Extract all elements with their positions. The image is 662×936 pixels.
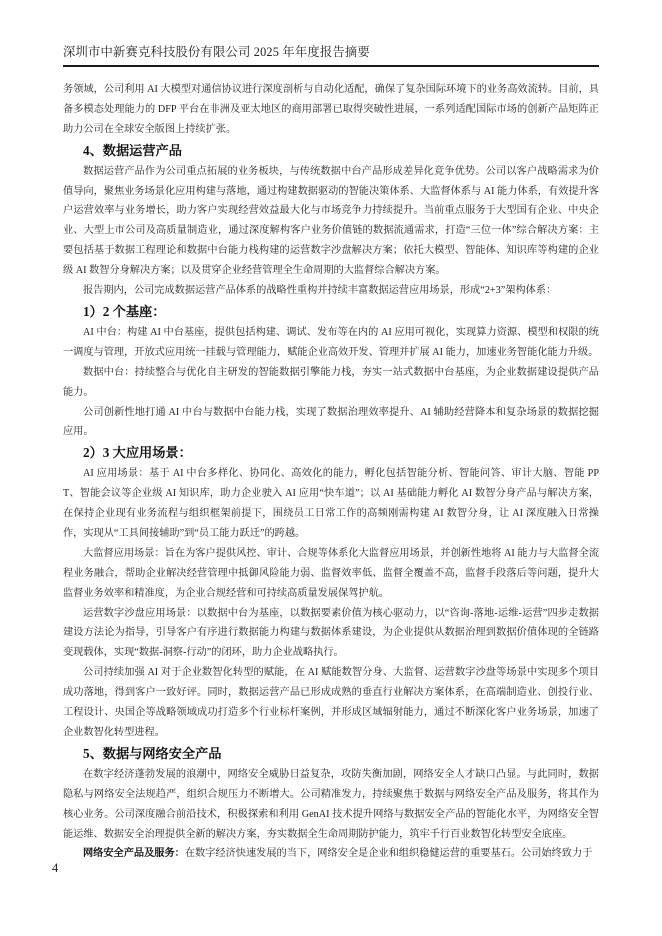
paragraph-bold-lead: 网络安全产品及服务： <box>83 848 185 859</box>
document-body: 务领域，公司利用 AI 大模型对通信协议进行深度剖析与自动化适配，确保了复杂国际… <box>63 67 599 864</box>
page-header: 深圳市中新赛克科技股份有限公司 2025 年年度报告摘要 <box>63 45 599 67</box>
section-heading: 5、数据与网络安全产品 <box>63 743 599 765</box>
paragraph: 网络安全产品及服务：在数字经济快速发展的当下，网络安全是企业和组织稳健运营的重要… <box>63 844 599 864</box>
paragraph: AI 中台：构建 AI 中台基座，提供包括构建、调试、发布等在内的 AI 应用可… <box>63 323 599 363</box>
paragraph: 务领域，公司利用 AI 大模型对通信协议进行深度剖析与自动化适配，确保了复杂国际… <box>63 80 599 140</box>
paragraph: 在数字经济蓬勃发展的浪潮中，网络安全威胁日益复杂，攻防失衡加剧，网络安全人才缺口… <box>63 765 599 845</box>
paragraph: 公司创新性地打通 AI 中台与数据中台能力栈，实现了数据治理效率提升、AI 辅助… <box>63 403 599 443</box>
paragraph: 数据中台：持续整合与优化自主研发的智能数据引擎能力栈，夯实一站式数据中台基座，为… <box>63 363 599 403</box>
section-heading: 1）2 个基座： <box>63 301 599 323</box>
header-title: 深圳市中新赛克科技股份有限公司 2025 年年度报告摘要 <box>63 45 370 59</box>
section-heading: 4、数据运营产品 <box>63 140 599 162</box>
paragraph: 报告期内，公司完成数据运营产品体系的战略性重构并持续丰富数据运营应用场景，形成“… <box>63 281 599 301</box>
paragraph: AI 应用场景：基于 AI 中台多样化、协同化、高效化的能力，孵化包括智能分析、… <box>63 464 599 544</box>
paragraph: 数据运营产品作为公司重点拓展的业务板块，与传统数据中台产品形成差异化竞争优势。公… <box>63 162 599 281</box>
paragraph: 运营数字沙盘应用场景：以数据中台为基座，以数据要素价值为核心驱动力，以“咨询-落… <box>63 604 599 664</box>
report-page: 深圳市中新赛克科技股份有限公司 2025 年年度报告摘要 务领域，公司利用 AI… <box>0 0 662 936</box>
paragraph: 大监督应用场景：旨在为客户提供风控、审计、合规等体系化大监督应用场景，并创新性地… <box>63 544 599 604</box>
section-heading: 2）3 大应用场景： <box>63 442 599 464</box>
page-number: 4 <box>52 861 58 876</box>
paragraph: 公司持续加强 AI 对于企业数智化转型的赋能，在 AI 赋能数智分身、大监督、运… <box>63 663 599 743</box>
